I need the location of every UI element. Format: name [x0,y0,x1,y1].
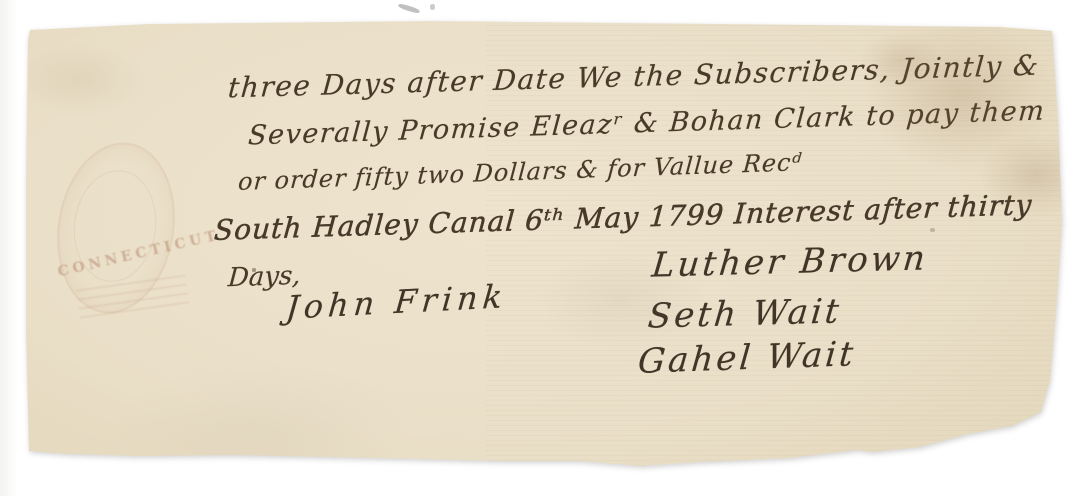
note-line-3: or order fifty two Dollars & for Vallue … [237,148,803,196]
signature-luther-brown: Luther Brown [650,238,930,285]
signature-john-frink: John Frink [284,277,508,327]
paper-shadow: CONNECTICUT three Days after Date We the… [0,0,1080,496]
scanned-document: CONNECTICUT three Days after Date We the… [0,0,1080,496]
dust-speck [430,4,435,10]
note-line-2: Severally Promise Eleazʳ & Bohan Clark t… [247,95,1046,151]
ink-speck [252,268,256,272]
signature-seth-wait: Seth Wait [646,291,843,336]
document-paper: CONNECTICUT three Days after Date We the… [0,0,1080,496]
signature-gahel-wait: Gahel Wait [636,334,857,382]
ink-speck [930,228,935,232]
note-line-1: three Days after Date We the Subscribers… [227,49,1041,105]
